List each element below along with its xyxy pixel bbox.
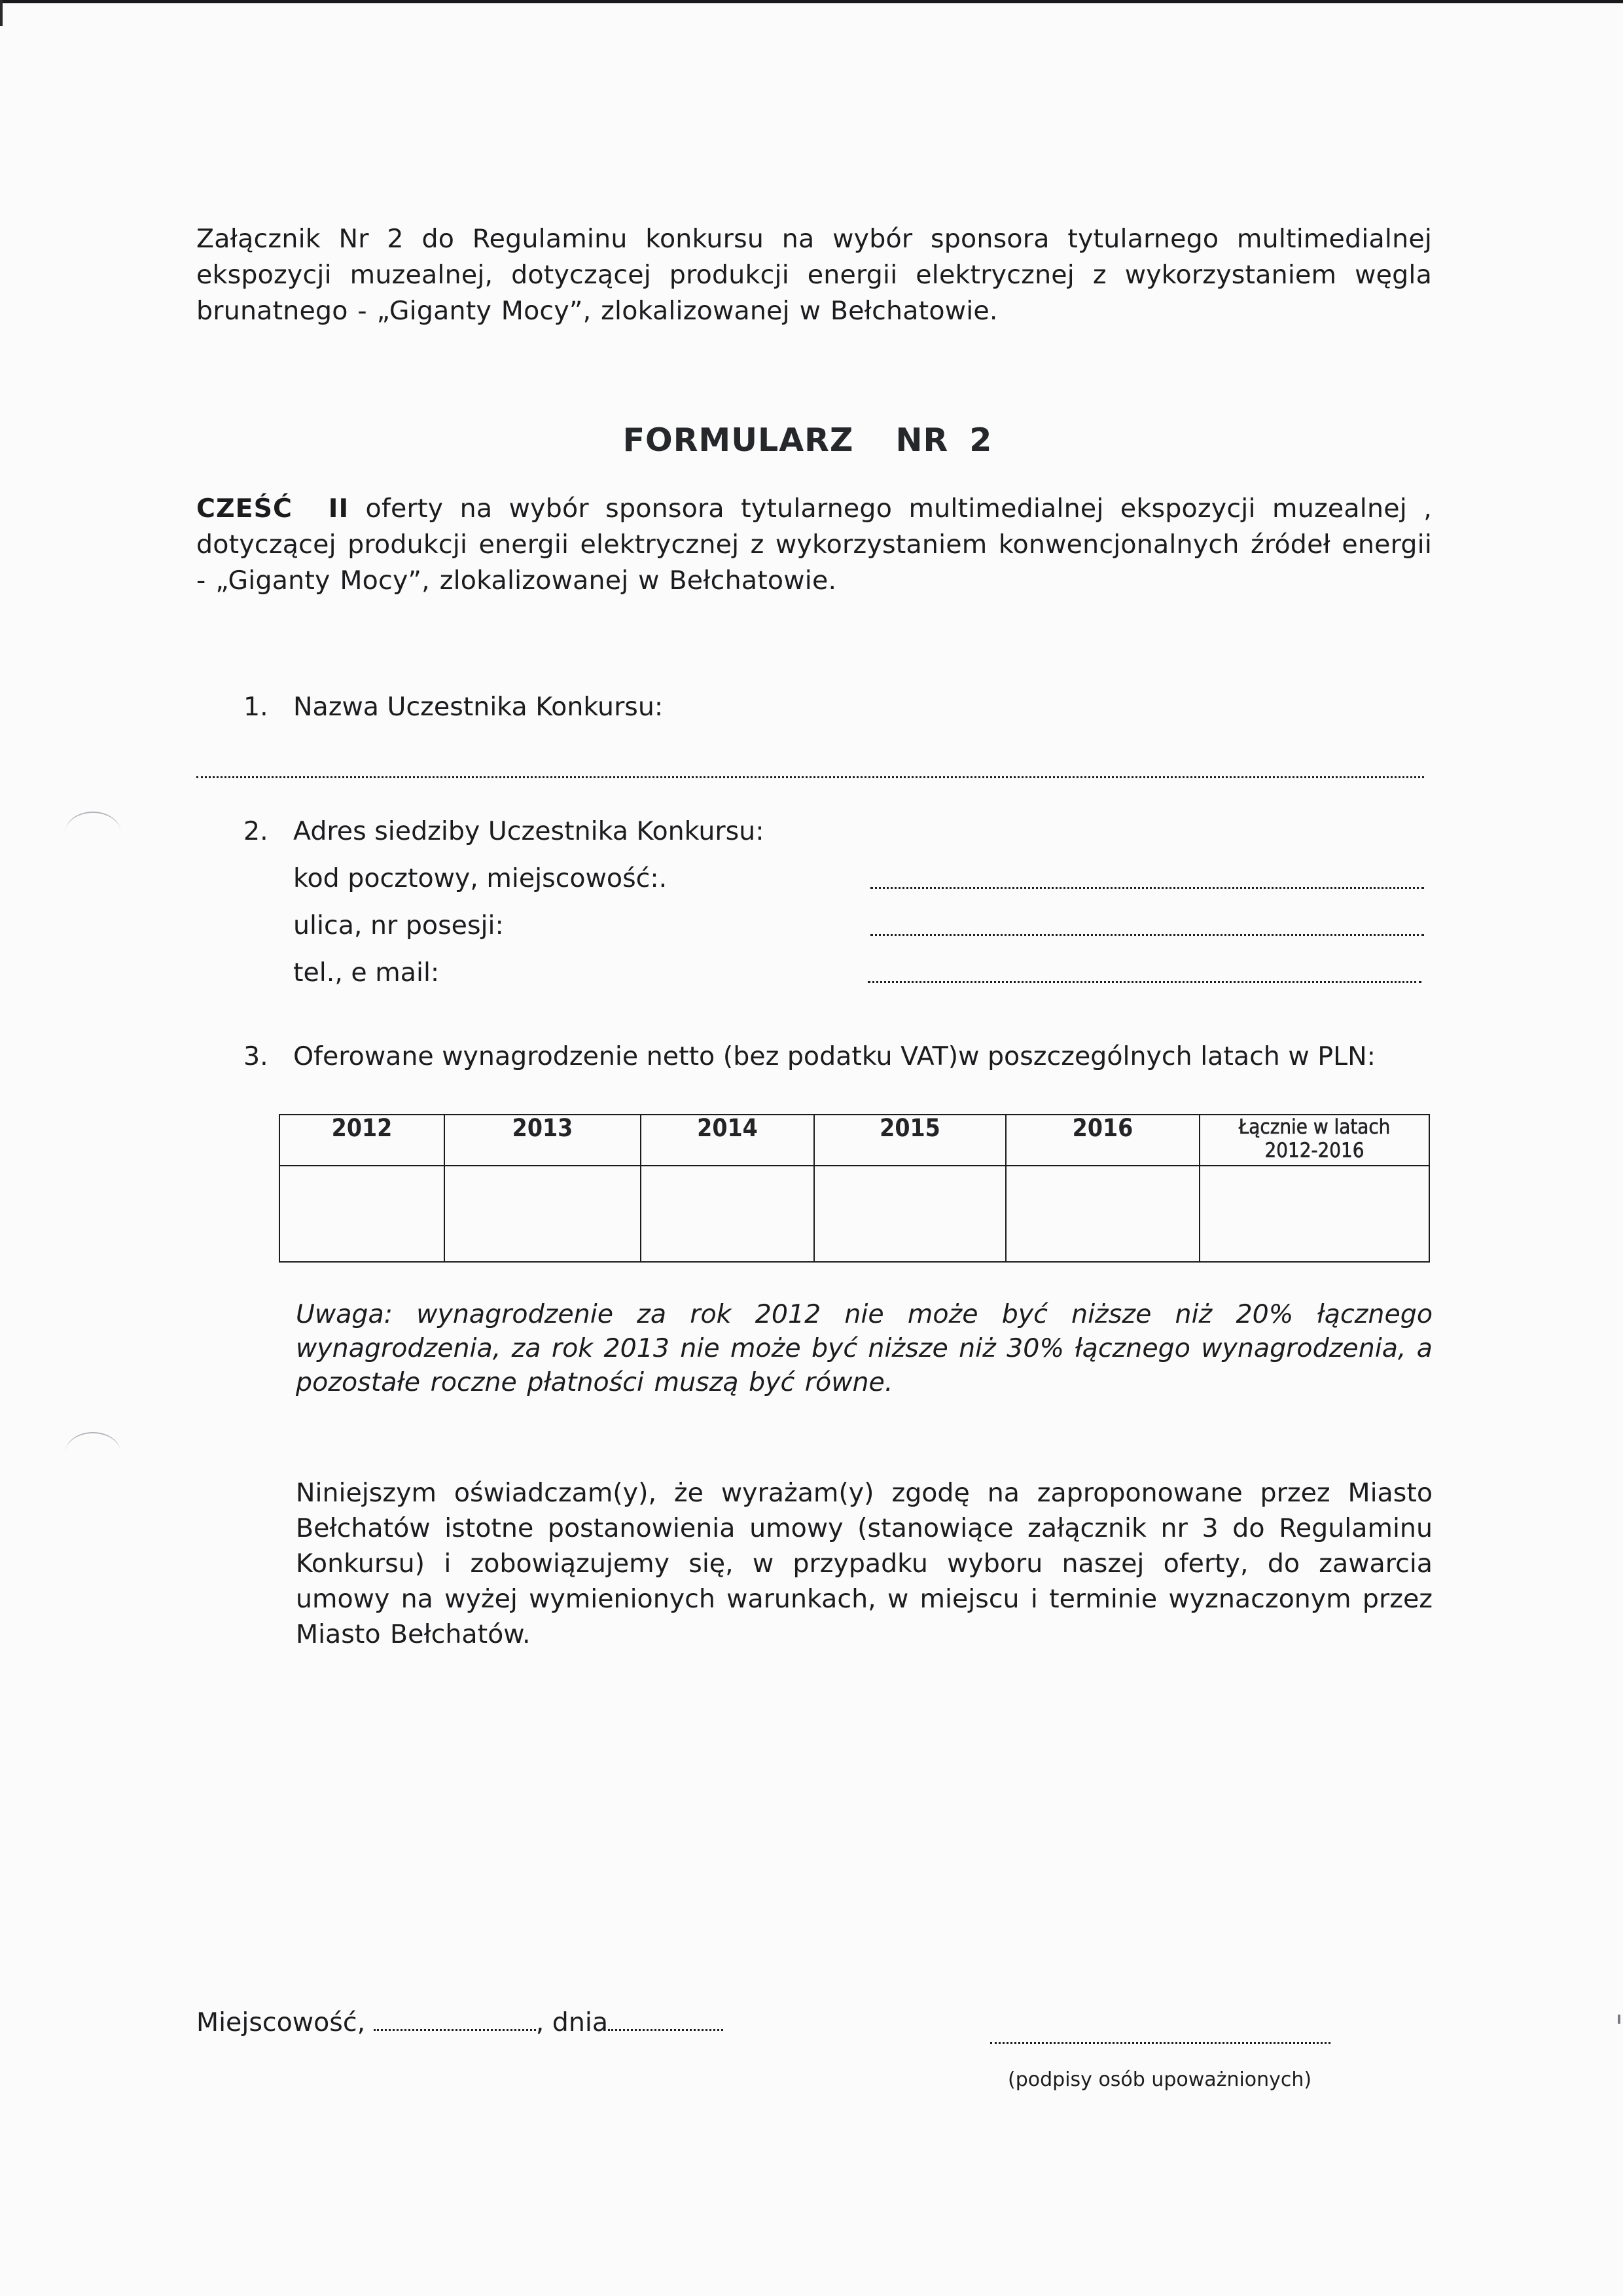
item-offered-remuneration: 3. Oferowane wynagrodzenie netto (bez po… <box>243 1039 1421 1073</box>
consent-declaration: Niniejszym oświadczam(y), że wyrażam(y) … <box>296 1475 1433 1652</box>
form-title: FORMULARZ NR 2 <box>0 422 1623 459</box>
edge-mark <box>1618 2015 1620 2024</box>
postal-code-city-field[interactable] <box>870 887 1424 889</box>
date-field[interactable] <box>608 2029 723 2031</box>
punch-hole-mark <box>65 812 120 852</box>
punch-hole-mark <box>65 1432 120 1473</box>
postal-code-city-label: kod pocztowy, miejscowość:. <box>293 861 667 895</box>
item-number: 2. <box>243 814 268 848</box>
amount-cell-total[interactable] <box>1200 1166 1429 1262</box>
total-header-line: 2012-2016 <box>1200 1139 1429 1162</box>
amount-cell-2012[interactable] <box>279 1166 444 1262</box>
form-title-text: FORMULARZ NR 2 <box>623 422 993 459</box>
table-header-row: 2012 2013 2014 2015 2016 Łącznie w latac… <box>279 1115 1429 1166</box>
street-number-field[interactable] <box>870 934 1424 936</box>
attachment-intro: Załącznik Nr 2 do Regulaminu konkursu na… <box>196 221 1432 329</box>
column-header-total: Łącznie w latach 2012-2016 <box>1200 1115 1429 1166</box>
place-label: Miejscowość, <box>196 2007 365 2037</box>
column-header-2012: 2012 <box>279 1115 444 1166</box>
item-label: Oferowane wynagrodzenie netto (bez podat… <box>293 1039 1376 1073</box>
place-field[interactable] <box>374 2029 536 2031</box>
amount-cell-2016[interactable] <box>1006 1166 1200 1262</box>
column-header-2014: 2014 <box>641 1115 814 1166</box>
table-row <box>279 1166 1429 1262</box>
part-text: oferty na wybór sponsora tytularnego mul… <box>196 493 1432 596</box>
remuneration-note: Uwaga: wynagrodzenie za rok 2012 nie moż… <box>296 1297 1433 1399</box>
scan-border-left <box>0 0 3 26</box>
item-number: 1. <box>243 690 268 724</box>
street-number-label: ulica, nr posesji: <box>293 908 504 942</box>
scan-border-top <box>0 0 1623 3</box>
item-label: Adres siedziby Uczestnika Konkursu: <box>293 814 764 848</box>
amount-cell-2015[interactable] <box>814 1166 1006 1262</box>
total-header-line: Łącznie w latach <box>1200 1115 1429 1139</box>
item-participant-address: 2. Adres siedziby Uczestnika Konkursu: <box>243 814 1160 848</box>
column-header-2016: 2016 <box>1006 1115 1200 1166</box>
phone-email-field[interactable] <box>868 981 1421 983</box>
part-description: CZEŚĆ II oferty na wybór sponsora tytula… <box>196 491 1432 599</box>
item-number: 3. <box>243 1039 268 1073</box>
signature-caption: (podpisy osób upoważnionych) <box>1008 2067 1311 2093</box>
amount-cell-2013[interactable] <box>444 1166 641 1262</box>
place-date-line: Miejscowość, , dnia <box>196 2005 723 2039</box>
phone-email-label: tel., e mail: <box>293 956 439 990</box>
signature-field[interactable] <box>990 2042 1330 2044</box>
participant-name-field[interactable] <box>196 776 1424 778</box>
part-label: CZEŚĆ II <box>196 493 349 524</box>
item-participant-name: 1. Nazwa Uczestnika Konkursu: <box>243 690 1160 724</box>
amount-cell-2014[interactable] <box>641 1166 814 1262</box>
item-label: Nazwa Uczestnika Konkursu: <box>293 690 663 724</box>
column-header-2015: 2015 <box>814 1115 1006 1166</box>
column-header-2013: 2013 <box>444 1115 641 1166</box>
date-label: , dnia <box>536 2007 608 2037</box>
remuneration-table: 2012 2013 2014 2015 2016 Łącznie w latac… <box>279 1114 1430 1263</box>
